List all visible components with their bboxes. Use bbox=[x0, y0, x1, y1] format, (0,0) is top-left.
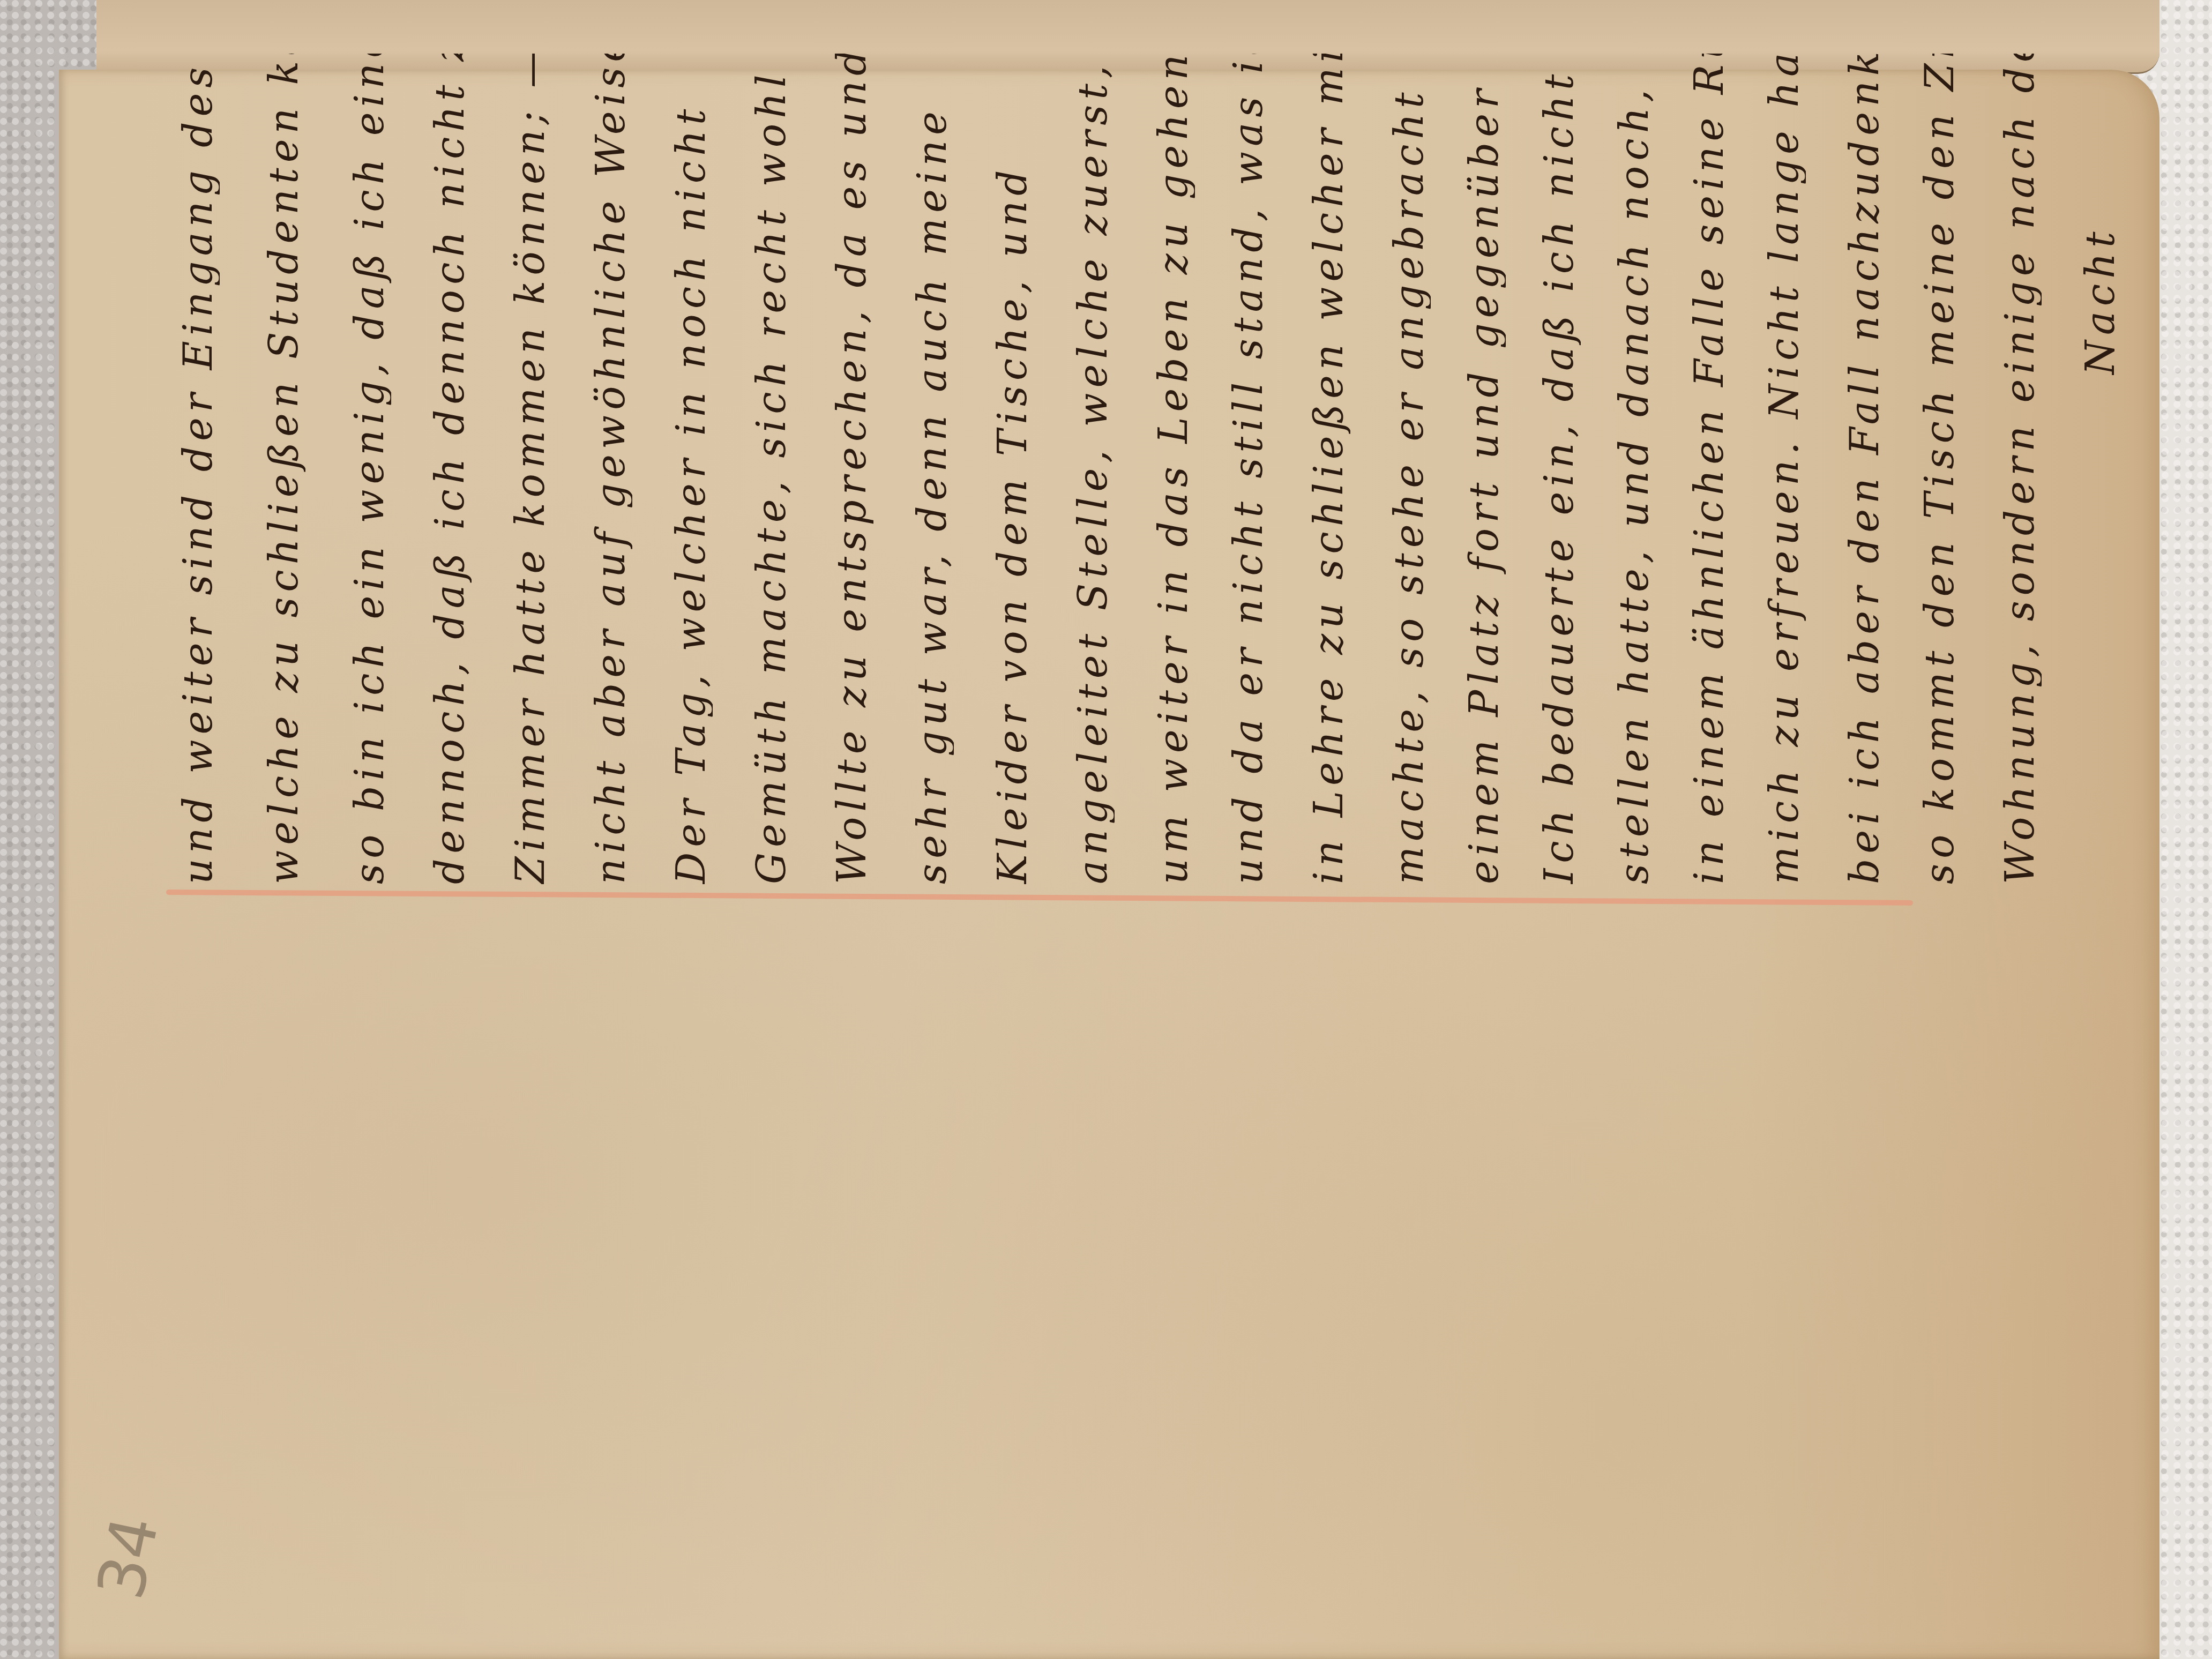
handwritten-line: so kommt den Tisch meine den Zimm bbox=[1918, 54, 1961, 884]
handwritten-line: mich zu erfreuen. Nicht lange hat bbox=[1763, 54, 1806, 884]
handwritten-line: bei ich aber den Fall nachzudenken, bbox=[1843, 54, 1886, 884]
handwritten-line: um weiter in das Leben zu gehen, bbox=[1152, 54, 1195, 884]
handwritten-line: nicht aber auf gewöhnliche Weise bbox=[589, 54, 632, 884]
handwritten-line: Gemüth machte, sich recht wohl bbox=[750, 54, 793, 884]
handwritten-line: Zimmer hatte kommen können; — bbox=[509, 54, 552, 884]
handwritten-line: und da er nicht still stand, was ich bbox=[1227, 54, 1270, 884]
handwritten-line: so bin ich ein wenig, daß ich einen, bbox=[348, 54, 391, 884]
handwritten-line: machte, so stehe er angebracht bbox=[1388, 54, 1431, 884]
handwritten-line: einem Platz fort und gegenüber bbox=[1463, 54, 1506, 884]
handwritten-line: Ich bedauerte ein, daß ich nicht da, bbox=[1538, 54, 1581, 884]
handwritten-line: Wollte zu entsprechen, da es und bbox=[831, 54, 873, 884]
handwritten-line: dennoch, daß ich dennoch nicht zum bbox=[429, 54, 472, 884]
handwritten-line: Der Tag, welcher in noch nicht bbox=[670, 54, 713, 884]
handwritten-line: welche zu schließen Studenten kamen, bbox=[263, 54, 305, 884]
handwritten-line: Kleider von dem Tische, und bbox=[991, 54, 1034, 884]
handwritten-line: in einem ähnlichen Falle seine Ruhe bbox=[1688, 54, 1731, 884]
handwritten-line: angeleitet Stelle, welche zuerst, bbox=[1072, 54, 1115, 884]
handwritten-line: Nacht bbox=[2079, 107, 2122, 375]
handwritten-line: stellen hatte, und danach noch, bbox=[1613, 54, 1656, 884]
handwritten-line: und weiter sind der Eingang des Thür, bbox=[177, 54, 220, 884]
handwritten-line: Wohnung, sondern einige nach der bbox=[1999, 54, 2042, 884]
handwritten-line: in Lehre zu schließen welcher mit bbox=[1307, 54, 1350, 884]
handwritten-line: sehr gut war, denn auch meine bbox=[911, 54, 954, 884]
